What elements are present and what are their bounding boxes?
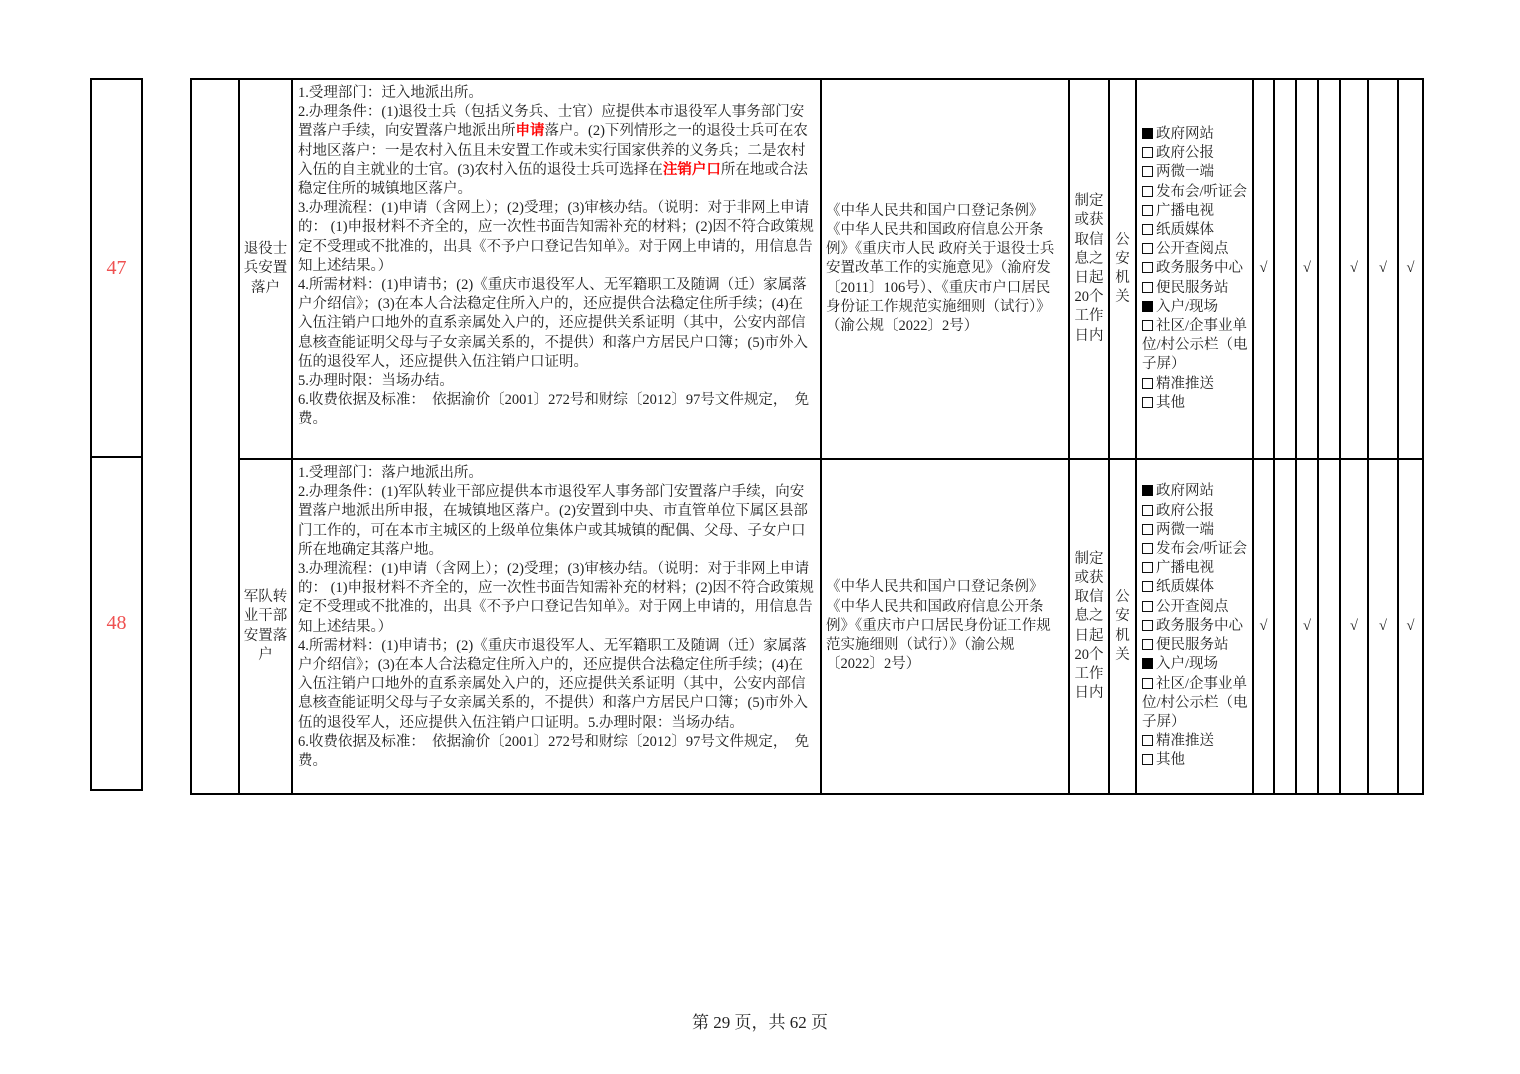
- disclosure-channels-cell: 政府网站政府公报两微一端发布会/听证会广播电视纸质媒体公开查阅点政务服务中心便民…: [1136, 79, 1253, 459]
- checkbox-icon: [1142, 620, 1153, 631]
- category-cell: 军队转业干部安置落户: [239, 459, 292, 794]
- checkmark-cell: √: [1296, 459, 1318, 794]
- channel-item: 入户/现场: [1142, 655, 1248, 674]
- checkmark-cell: √: [1368, 459, 1398, 794]
- channel-item: 两微一端: [1142, 163, 1248, 182]
- document-page: 4748 退役士兵安置落户 1.受理部门：迁入地派出所。 2.办理条件：(1)退…: [0, 0, 1520, 1074]
- checkmark-cell: [1274, 79, 1296, 459]
- channel-item: 精准推送: [1142, 375, 1248, 394]
- checkbox-icon: [1142, 601, 1153, 612]
- channel-item: 政务服务中心: [1142, 617, 1248, 636]
- channel-item: 纸质媒体: [1142, 221, 1248, 240]
- checkmark-cell: √: [1398, 79, 1423, 459]
- checkmark-cell: √: [1340, 79, 1368, 459]
- category-cell: 退役士兵安置落户: [239, 79, 292, 459]
- checkbox-icon: [1142, 562, 1153, 573]
- checkbox-icon: [1142, 320, 1153, 331]
- channel-item: 入户/现场: [1142, 298, 1248, 317]
- checkbox-icon: [1142, 224, 1153, 235]
- channel-item: 发布会/听证会: [1142, 183, 1248, 202]
- checkmark-cell: [1318, 79, 1340, 459]
- checkmark-cell: √: [1398, 459, 1423, 794]
- empty-spacer-cell: [191, 79, 239, 794]
- table-row: 退役士兵安置落户 1.受理部门：迁入地派出所。 2.办理条件：(1)退役士兵（包…: [191, 79, 1423, 459]
- legal-basis-cell: 《中华人民共和国户口登记条例》《中华人民共和国政府信息公开条例》《重庆市户口居民…: [821, 459, 1069, 794]
- channel-item: 社区/企事业单位/村公示栏（电子屏）: [1142, 675, 1248, 733]
- checkmark-cell: √: [1296, 79, 1318, 459]
- channel-item: 其他: [1142, 394, 1248, 413]
- checkbox-icon: [1142, 378, 1153, 389]
- checkbox-checked-icon: [1142, 301, 1153, 312]
- disclosure-timeframe-cell: 制定或获取信息之日起20个工作日内: [1069, 459, 1109, 794]
- checkbox-icon: [1142, 754, 1153, 765]
- responsible-agency-cell: 公安机关: [1109, 79, 1136, 459]
- procedure-details-cell: 1.受理部门：迁入地派出所。 2.办理条件：(1)退役士兵（包括义务兵、士官）应…: [292, 79, 821, 459]
- checkbox-checked-icon: [1142, 658, 1153, 669]
- channel-item: 便民服务站: [1142, 279, 1248, 298]
- checkbox-icon: [1142, 639, 1153, 650]
- checkbox-icon: [1142, 243, 1153, 254]
- channel-item: 广播电视: [1142, 559, 1248, 578]
- checkbox-checked-icon: [1142, 485, 1153, 496]
- row-number: 48: [90, 456, 143, 791]
- procedure-details-cell: 1.受理部门：落户地派出所。 2.办理条件：(1)军队转业干部应提供本市退役军人…: [292, 459, 821, 794]
- channel-item: 政务服务中心: [1142, 259, 1248, 278]
- checkbox-icon: [1142, 543, 1153, 554]
- channel-item: 政府网站: [1142, 125, 1248, 144]
- channel-item: 其他: [1142, 751, 1248, 770]
- responsible-agency-cell: 公安机关: [1109, 459, 1136, 794]
- checkbox-icon: [1142, 397, 1153, 408]
- legal-basis-cell: 《中华人民共和国户口登记条例》《中华人民共和国政府信息公开条例》《重庆市人民 政…: [821, 79, 1069, 459]
- channel-item: 广播电视: [1142, 202, 1248, 221]
- checkbox-icon: [1142, 505, 1153, 516]
- checkbox-icon: [1142, 581, 1153, 592]
- channel-item: 社区/企事业单位/村公示栏（电子屏）: [1142, 317, 1248, 375]
- channel-item: 纸质媒体: [1142, 578, 1248, 597]
- channel-item: 精准推送: [1142, 732, 1248, 751]
- page-footer: 第 29 页，共 62 页: [0, 1008, 1520, 1033]
- channel-item: 便民服务站: [1142, 636, 1248, 655]
- details-text: 1.受理部门：落户地派出所。 2.办理条件：(1)军队转业干部应提供本市退役军人…: [298, 465, 814, 769]
- channel-item: 公开查阅点: [1142, 240, 1248, 259]
- channel-item: 政府公报: [1142, 144, 1248, 163]
- checkbox-icon: [1142, 282, 1153, 293]
- checkbox-checked-icon: [1142, 128, 1153, 139]
- row-number: 47: [90, 78, 143, 458]
- details-text: 所在地或合法稳定住所的城镇地区落户。 3.办理流程：(1)申请（含网上）；(2)…: [298, 162, 814, 428]
- disclosure-channels-cell: 政府网站政府公报两微一端发布会/听证会广播电视纸质媒体公开查阅点政务服务中心便民…: [1136, 459, 1253, 794]
- checkbox-icon: [1142, 166, 1153, 177]
- checkbox-icon: [1142, 205, 1153, 216]
- channel-item: 公开查阅点: [1142, 598, 1248, 617]
- checkmark-cell: √: [1253, 79, 1274, 459]
- checkmark-cell: √: [1340, 459, 1368, 794]
- row-number-column: 4748: [90, 78, 143, 791]
- highlighted-text: 注销户口: [663, 162, 721, 178]
- checkbox-icon: [1142, 147, 1153, 158]
- checkbox-icon: [1142, 678, 1153, 689]
- checkmark-cell: √: [1253, 459, 1274, 794]
- checkmark-cell: [1318, 459, 1340, 794]
- disclosure-table: 退役士兵安置落户 1.受理部门：迁入地派出所。 2.办理条件：(1)退役士兵（包…: [190, 78, 1424, 795]
- checkbox-icon: [1142, 524, 1153, 535]
- checkbox-icon: [1142, 186, 1153, 197]
- channel-item: 政府公报: [1142, 502, 1248, 521]
- checkmark-cell: √: [1368, 79, 1398, 459]
- channel-item: 政府网站: [1142, 482, 1248, 501]
- channel-item: 两微一端: [1142, 521, 1248, 540]
- table-row: 军队转业干部安置落户 1.受理部门：落户地派出所。 2.办理条件：(1)军队转业…: [191, 459, 1423, 794]
- checkbox-icon: [1142, 735, 1153, 746]
- channel-item: 发布会/听证会: [1142, 540, 1248, 559]
- highlighted-text: 申请: [516, 123, 545, 139]
- checkmark-cell: [1274, 459, 1296, 794]
- disclosure-timeframe-cell: 制定或获取信息之日起20个工作日内: [1069, 79, 1109, 459]
- checkbox-icon: [1142, 262, 1153, 273]
